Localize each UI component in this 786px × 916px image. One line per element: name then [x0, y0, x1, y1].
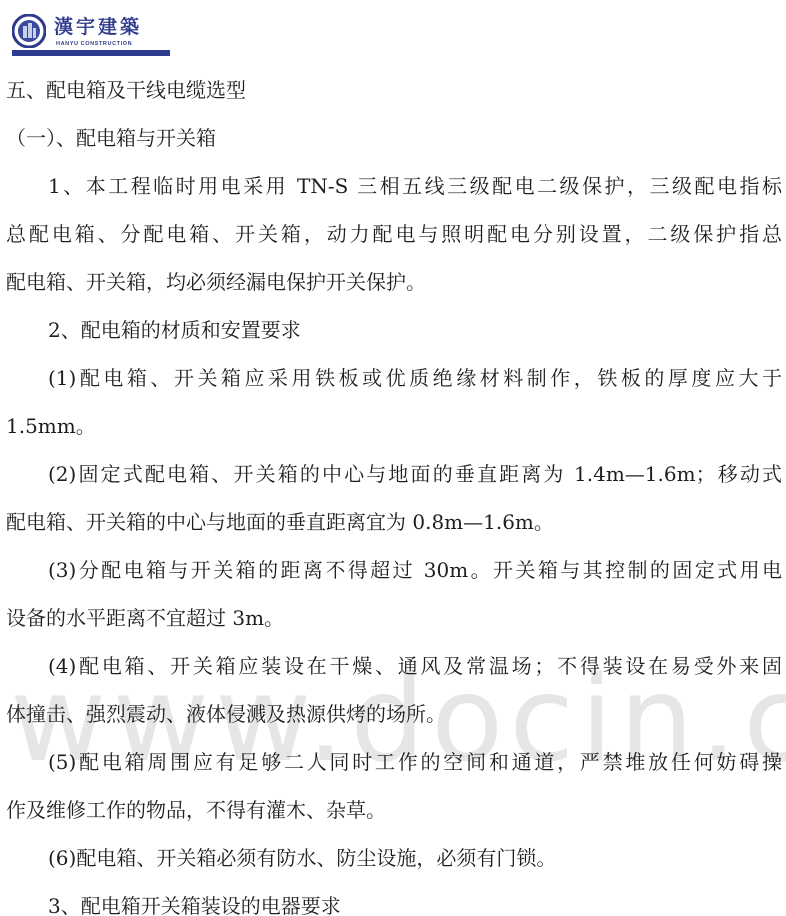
- logo-name-cn: 漢宇建築: [54, 16, 142, 38]
- section-title: 五、配电箱及干线电缆选型: [6, 78, 246, 102]
- item-3-line-1: (3)分配电箱与开关箱的距离不得超过 30m。开关箱与其控制的固定式用电: [6, 558, 782, 582]
- company-logo: 漢宇建築 HANYU CONSTRUCTION: [12, 10, 172, 56]
- item-5-line-1: (5)配电箱周围应有足够二人同时工作的空间和通道，严禁堆放任何妨碍操: [6, 750, 782, 774]
- item-1-line-2: 1.5mm。: [6, 414, 96, 438]
- emblem-icon: [12, 14, 46, 48]
- paragraph-1-line-2: 总配电箱、分配电箱、开关箱，动力配电与照明配电分别设置，二级保护指总: [6, 222, 782, 246]
- item-3-line-2: 设备的水平距离不宜超过 3m。: [6, 606, 284, 630]
- item-4-line-2: 体撞击、强烈震动、液体侵溅及热源供烤的场所。: [6, 702, 446, 726]
- item-2-line-2: 配电箱、开关箱的中心与地面的垂直距离宜为 0.8m—1.6m。: [6, 510, 554, 534]
- paragraph-1-line-3: 配电箱、开关箱，均必须经漏电保护开关保护。: [6, 270, 426, 294]
- item-6-line-1: (6)配电箱、开关箱必须有防水、防尘设施，必须有门锁。: [48, 846, 556, 870]
- paragraph-3-heading: 3、配电箱开关箱装设的电器要求: [48, 894, 341, 916]
- item-4-line-1: (4)配电箱、开关箱应装设在干燥、通风及常温场；不得装设在易受外来固: [6, 654, 782, 678]
- paragraph-1-line-1: 1、本工程临时用电采用 TN-S 三相五线三级配电二级保护，三级配电指标: [6, 174, 782, 198]
- item-2-line-1: (2)固定式配电箱、开关箱的中心与地面的垂直距离为 1.4m—1.6m；移动式: [6, 462, 782, 486]
- item-1-line-1: (1)配电箱、开关箱应采用铁板或优质绝缘材料制作，铁板的厚度应大于: [6, 366, 782, 390]
- paragraph-2-heading: 2、配电箱的材质和安置要求: [48, 318, 301, 342]
- item-5-line-2: 作及维修工作的物品，不得有灌木、杂草。: [6, 798, 386, 822]
- logo-underline-bar: [12, 50, 170, 56]
- subsection-title: （一）、配电箱与开关箱: [6, 126, 216, 150]
- logo-name-en: HANYU CONSTRUCTION: [56, 41, 132, 47]
